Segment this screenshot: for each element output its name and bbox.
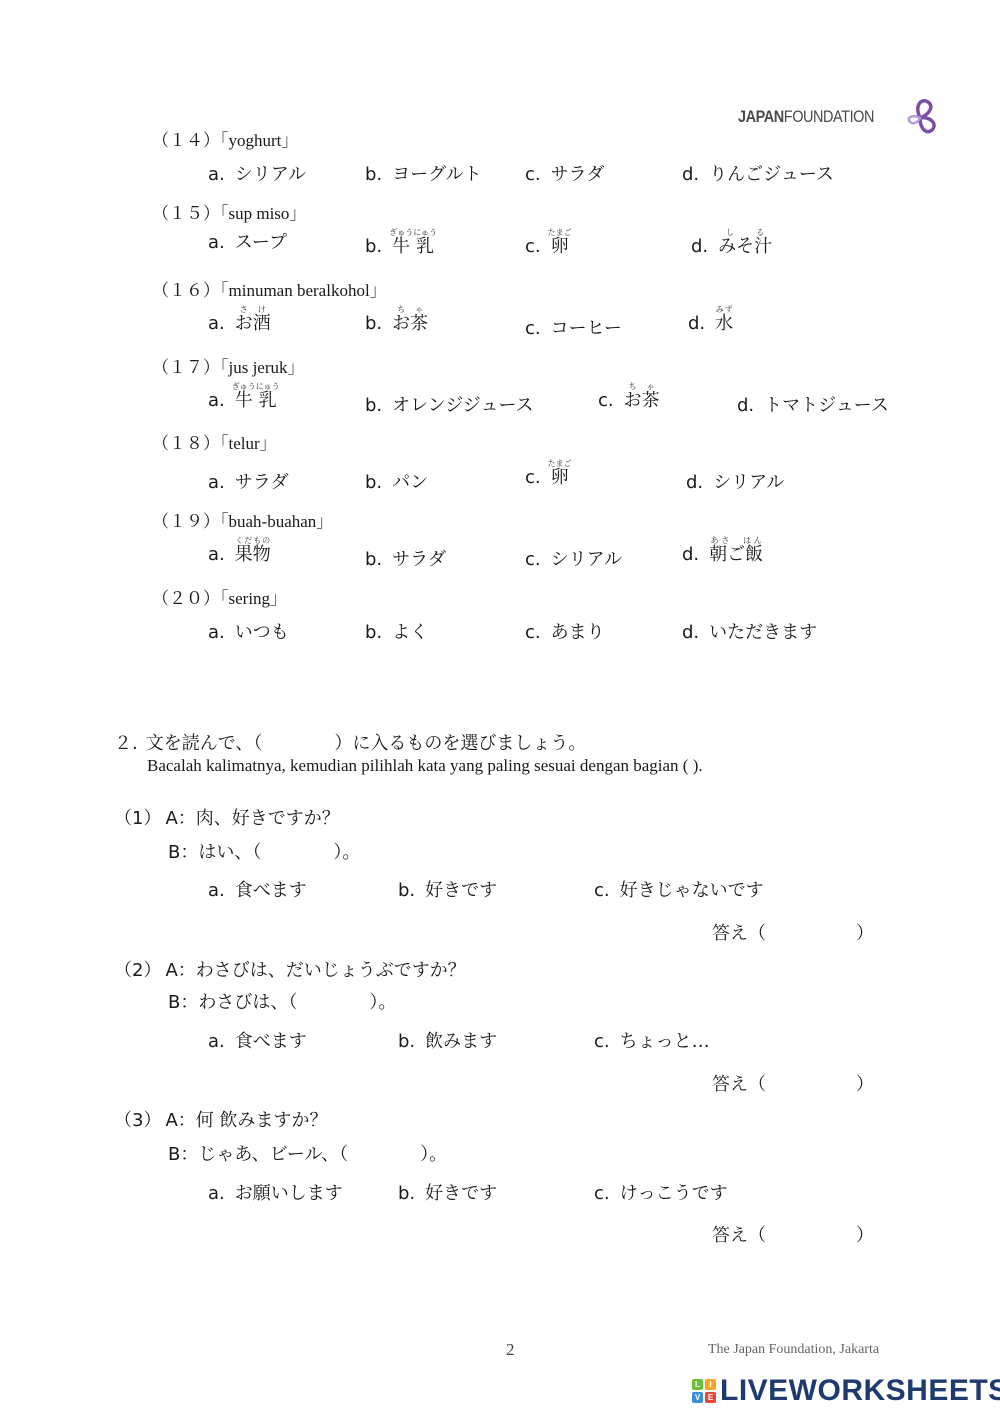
section-2-instruction: Bacalah kalimatnya, kemudian pilihlah ka…	[147, 756, 703, 776]
d2-option-c[interactable]: c.ちょっと…	[594, 1027, 710, 1053]
d2-option-a[interactable]: a.食べます	[208, 1027, 307, 1053]
d3-option-c[interactable]: c.けっこうです	[594, 1179, 728, 1205]
q16-option-b[interactable]: b.お茶ちゃ	[365, 305, 428, 335]
d3-answer-field[interactable]: 答え（ ）	[712, 1221, 874, 1247]
question-20-heading: （２０）「sering」	[152, 584, 287, 609]
question-17-heading: （１７）「jus jeruk」	[152, 353, 305, 378]
q18-option-a[interactable]: a.サラダ	[208, 468, 289, 494]
dialog-3-response: B：じゃあ、ビール、（ ）。	[168, 1140, 447, 1166]
d1-answer-field[interactable]: 答え（ ）	[712, 919, 874, 945]
d3-option-b[interactable]: b.好きです	[398, 1179, 497, 1205]
q18-option-c[interactable]: c.卵たまご	[525, 459, 572, 489]
q17-option-b[interactable]: b.オレンジジュース	[365, 391, 534, 417]
q18-option-d[interactable]: d.シリアル	[686, 468, 784, 494]
q19-option-a[interactable]: a.果物くだもの	[208, 536, 271, 566]
q15-option-c[interactable]: c.卵たまご	[525, 228, 572, 258]
q19-option-c[interactable]: c.シリアル	[525, 545, 622, 571]
q16-option-d[interactable]: d.水みず	[688, 305, 733, 335]
q16-option-a[interactable]: a.お酒さけ	[208, 305, 271, 335]
dialog-3-question: （3）A：何 飲みますか？	[114, 1106, 328, 1132]
logo-text: JAPANFOUNDATION	[738, 107, 874, 127]
question-18-heading: （１８）「telur」	[152, 429, 277, 454]
dialog-1-question: （1）A：肉、好きですか？	[114, 804, 340, 830]
d1-option-c[interactable]: c.好きじゃないです	[594, 876, 764, 902]
q14-option-a[interactable]: a.シリアル	[208, 160, 306, 186]
q20-option-c[interactable]: c.あまり	[525, 618, 605, 644]
q16-option-c[interactable]: c.コーヒー	[525, 314, 622, 340]
d2-option-b[interactable]: b.飲みます	[398, 1027, 497, 1053]
q14-option-b[interactable]: b.ヨーグルト	[365, 160, 482, 186]
d1-option-b[interactable]: b.好きです	[398, 876, 497, 902]
q17-option-c[interactable]: c.お茶ちゃ	[598, 382, 660, 412]
q19-option-b[interactable]: b.サラダ	[365, 545, 446, 571]
dialog-1-response: B：はい、（ ）。	[168, 838, 360, 864]
q14-option-c[interactable]: c.サラダ	[525, 160, 604, 186]
d3-option-a[interactable]: a.お願いします	[208, 1179, 343, 1205]
q15-option-a[interactable]: a.スープ	[208, 228, 287, 254]
dialog-2-response: B：わさびは、（ ）。	[168, 988, 396, 1014]
question-14-heading: （１４）「yoghurt」	[152, 126, 298, 151]
liveworksheets-wordmark: LIVEWORKSHEETS	[720, 1374, 1000, 1408]
q20-option-b[interactable]: b.よく	[365, 618, 428, 644]
butterfly-icon	[904, 98, 938, 136]
q20-option-a[interactable]: a.いつも	[208, 618, 289, 644]
q15-option-d[interactable]: d.みそ汁しる	[691, 228, 772, 258]
question-15-heading: （１５）「sup miso」	[152, 199, 306, 224]
japan-foundation-logo: JAPANFOUNDATION	[738, 98, 938, 136]
d2-answer-field[interactable]: 答え（ ）	[712, 1070, 874, 1096]
q19-option-d[interactable]: d.朝ご飯あさ はん	[682, 536, 763, 566]
d1-option-a[interactable]: a.食べます	[208, 876, 307, 902]
q18-option-b[interactable]: b.パン	[365, 468, 428, 494]
section-2-title: ２.文を読んで、（ ）に入るものを選びましょう。	[114, 729, 586, 755]
dialog-2-question: （2）A：わさびは、だいじょうぶですか？	[114, 956, 466, 982]
question-19-heading: （１９）「buah-buahan」	[152, 507, 333, 532]
q15-option-b[interactable]: b.牛乳ぎゅうにゅう	[365, 228, 437, 258]
q17-option-a[interactable]: a.牛乳ぎゅうにゅう	[208, 382, 280, 412]
q14-option-d[interactable]: d.りんごジュース	[682, 160, 834, 186]
q20-option-d[interactable]: d.いただきます	[682, 618, 817, 644]
question-16-heading: （１６）「minuman beralkohol」	[152, 276, 387, 301]
page-number: 2	[506, 1340, 515, 1360]
live-grid-icon: L I V E	[692, 1379, 716, 1403]
footer-organization: The Japan Foundation, Jakarta	[708, 1342, 879, 1358]
q17-option-d[interactable]: d.トマトジュース	[737, 391, 889, 417]
liveworksheets-logo: L I V E LIVEWORKSHEETS	[692, 1374, 1000, 1408]
